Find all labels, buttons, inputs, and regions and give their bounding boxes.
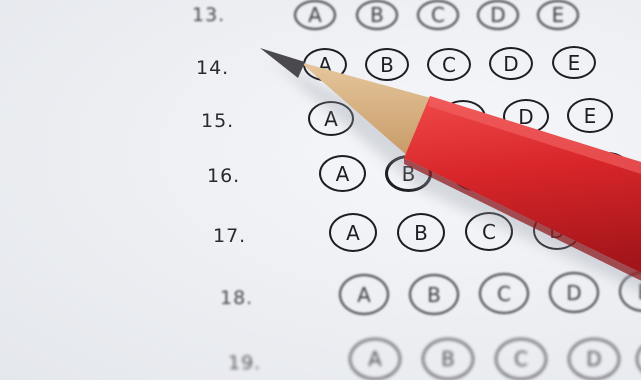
answer-sheet-photo: 13. A B C D E 14. A B C D E 15. A B C D … bbox=[0, 0, 641, 380]
pencil-icon bbox=[0, 0, 641, 380]
